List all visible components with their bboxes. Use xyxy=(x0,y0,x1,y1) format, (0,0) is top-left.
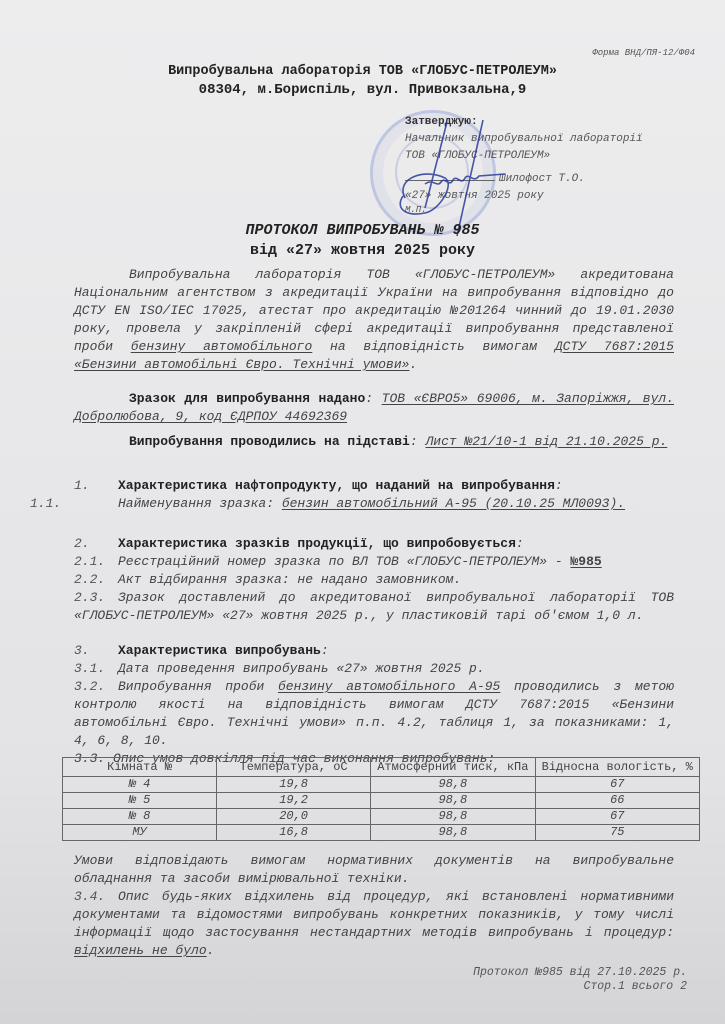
intro-text-mid: на відповідність вимогам xyxy=(312,339,555,354)
cell-temperature: 20,0 xyxy=(217,809,371,825)
item-2-3-number: 2.3. xyxy=(74,589,118,607)
cell-pressure: 98,8 xyxy=(371,809,535,825)
sample-provider-label: Зразок для випробування надано xyxy=(129,391,365,406)
form-code: Форма ВНД/ПЯ-12/Ф04 xyxy=(592,48,695,58)
cell-room: № 5 xyxy=(63,793,217,809)
col-pressure: Атмосферний тиск, кПа xyxy=(371,758,535,777)
item-3-2-text: Випробування проби xyxy=(118,679,278,694)
footer-page-info: Стор.1 всього 2 xyxy=(583,980,687,993)
item-3-4-number: 3.4. xyxy=(74,888,118,906)
cell-pressure: 98,8 xyxy=(371,793,535,809)
table-row: № 5 19,2 98,8 66 xyxy=(63,793,700,809)
table-row: МУ 16,8 98,8 75 xyxy=(63,825,700,841)
signature-icon xyxy=(385,118,525,238)
cell-temperature: 19,8 xyxy=(217,777,371,793)
footer-protocol-ref: Протокол №985 від 27.10.2025 р. xyxy=(473,966,687,979)
item-2-3-text: Зразок доставлений до акредитованої випр… xyxy=(74,590,674,623)
test-basis: Випробування проводились на підставі: Ли… xyxy=(74,433,674,451)
cell-room: МУ xyxy=(63,825,217,841)
item-3-4-value: відхилень не було xyxy=(74,943,207,958)
item-2-1-value: №985 xyxy=(570,554,601,569)
table-row: № 8 20,0 98,8 67 xyxy=(63,809,700,825)
section-3: 3.Характеристика випробувань: 3.1.Дата п… xyxy=(74,642,674,768)
intro-text-end: . xyxy=(409,357,417,372)
intro-product: бензину автомобільного xyxy=(131,339,313,354)
lab-address: 08304, м.Бориспіль, вул. Привокзальна,9 xyxy=(0,82,725,98)
section-1-number: 1. xyxy=(74,477,118,495)
item-2-1-label: Реєстраційний номер зразка по ВЛ ТОВ «ГЛ… xyxy=(118,554,570,569)
test-basis-value: Лист №21/10-1 від 21.10.2025 р. xyxy=(425,434,667,449)
item-2-1-number: 2.1. xyxy=(74,553,118,571)
item-1-1-label: Найменування зразка: xyxy=(118,496,282,511)
protocol-title: ПРОТОКОЛ ВИПРОБУВАНЬ № 985 xyxy=(0,222,725,239)
item-3-2-product: бензину автомобільного А-95 xyxy=(278,679,500,694)
section-2-number: 2. xyxy=(74,535,118,553)
environment-table: Кімната № Температура, оС Атмосферний ти… xyxy=(62,757,700,841)
cell-pressure: 98,8 xyxy=(371,825,535,841)
conditions-note-text: Умови відповідають вимогам нормативних д… xyxy=(74,852,674,888)
col-temperature: Температура, оС xyxy=(217,758,371,777)
section-2-title: Характеристика зразків продукції, що вип… xyxy=(118,536,516,551)
cell-humidity: 67 xyxy=(535,809,699,825)
item-2-2-number: 2.2. xyxy=(74,571,118,589)
item-1-1-number: 1.1. xyxy=(74,495,118,513)
intro-paragraph: Випробувальна лабораторія ТОВ «ГЛОБУС-ПЕ… xyxy=(74,266,674,374)
section-3-number: 3. xyxy=(74,642,118,660)
item-3-1-number: 3.1. xyxy=(74,660,118,678)
cell-humidity: 75 xyxy=(535,825,699,841)
col-humidity: Відносна вологість, % xyxy=(535,758,699,777)
section-1-title: Характеристика нафтопродукту, що наданий… xyxy=(118,478,555,493)
document-page: Форма ВНД/ПЯ-12/Ф04 Випробувальна лабора… xyxy=(0,0,725,1024)
table-header-row: Кімната № Температура, оС Атмосферний ти… xyxy=(63,758,700,777)
test-basis-label: Випробування проводились на підставі xyxy=(129,434,410,449)
section-3-title: Характеристика випробувань xyxy=(118,643,321,658)
section-1: 1.Характеристика нафтопродукту, що надан… xyxy=(74,477,674,513)
protocol-date: від «27» жовтня 2025 року xyxy=(0,242,725,259)
item-3-1-text: Дата проведення випробувань «27» жовтня … xyxy=(118,661,485,676)
col-room: Кімната № xyxy=(63,758,217,777)
cell-room: № 8 xyxy=(63,809,217,825)
item-3-2-number: 3.2. xyxy=(74,678,118,696)
sample-provider: Зразок для випробування надано: ТОВ «ЄВР… xyxy=(74,390,674,426)
cell-temperature: 16,8 xyxy=(217,825,371,841)
environment-table-wrap: Кімната № Температура, оС Атмосферний ти… xyxy=(62,757,700,841)
conditions-note: Умови відповідають вимогам нормативних д… xyxy=(74,852,674,888)
cell-humidity: 67 xyxy=(535,777,699,793)
table-row: № 4 19,8 98,8 67 xyxy=(63,777,700,793)
item-2-2-text: Акт відбирання зразка: не надано замовни… xyxy=(118,572,461,587)
item-1-1-value: бензин автомобільний А-95 (20.10.25 МЛ00… xyxy=(282,496,625,511)
cell-temperature: 19,2 xyxy=(217,793,371,809)
lab-name: Випробувальна лабораторія ТОВ «ГЛОБУС-ПЕ… xyxy=(0,64,725,79)
item-3-4: 3.4.Опис будь-яких відхилень від процеду… xyxy=(74,888,674,960)
cell-room: № 4 xyxy=(63,777,217,793)
cell-pressure: 98,8 xyxy=(371,777,535,793)
section-2: 2.Характеристика зразків продукції, що в… xyxy=(74,535,674,625)
item-3-4-text: Опис будь-яких відхилень від процедур, я… xyxy=(74,889,674,940)
cell-humidity: 66 xyxy=(535,793,699,809)
